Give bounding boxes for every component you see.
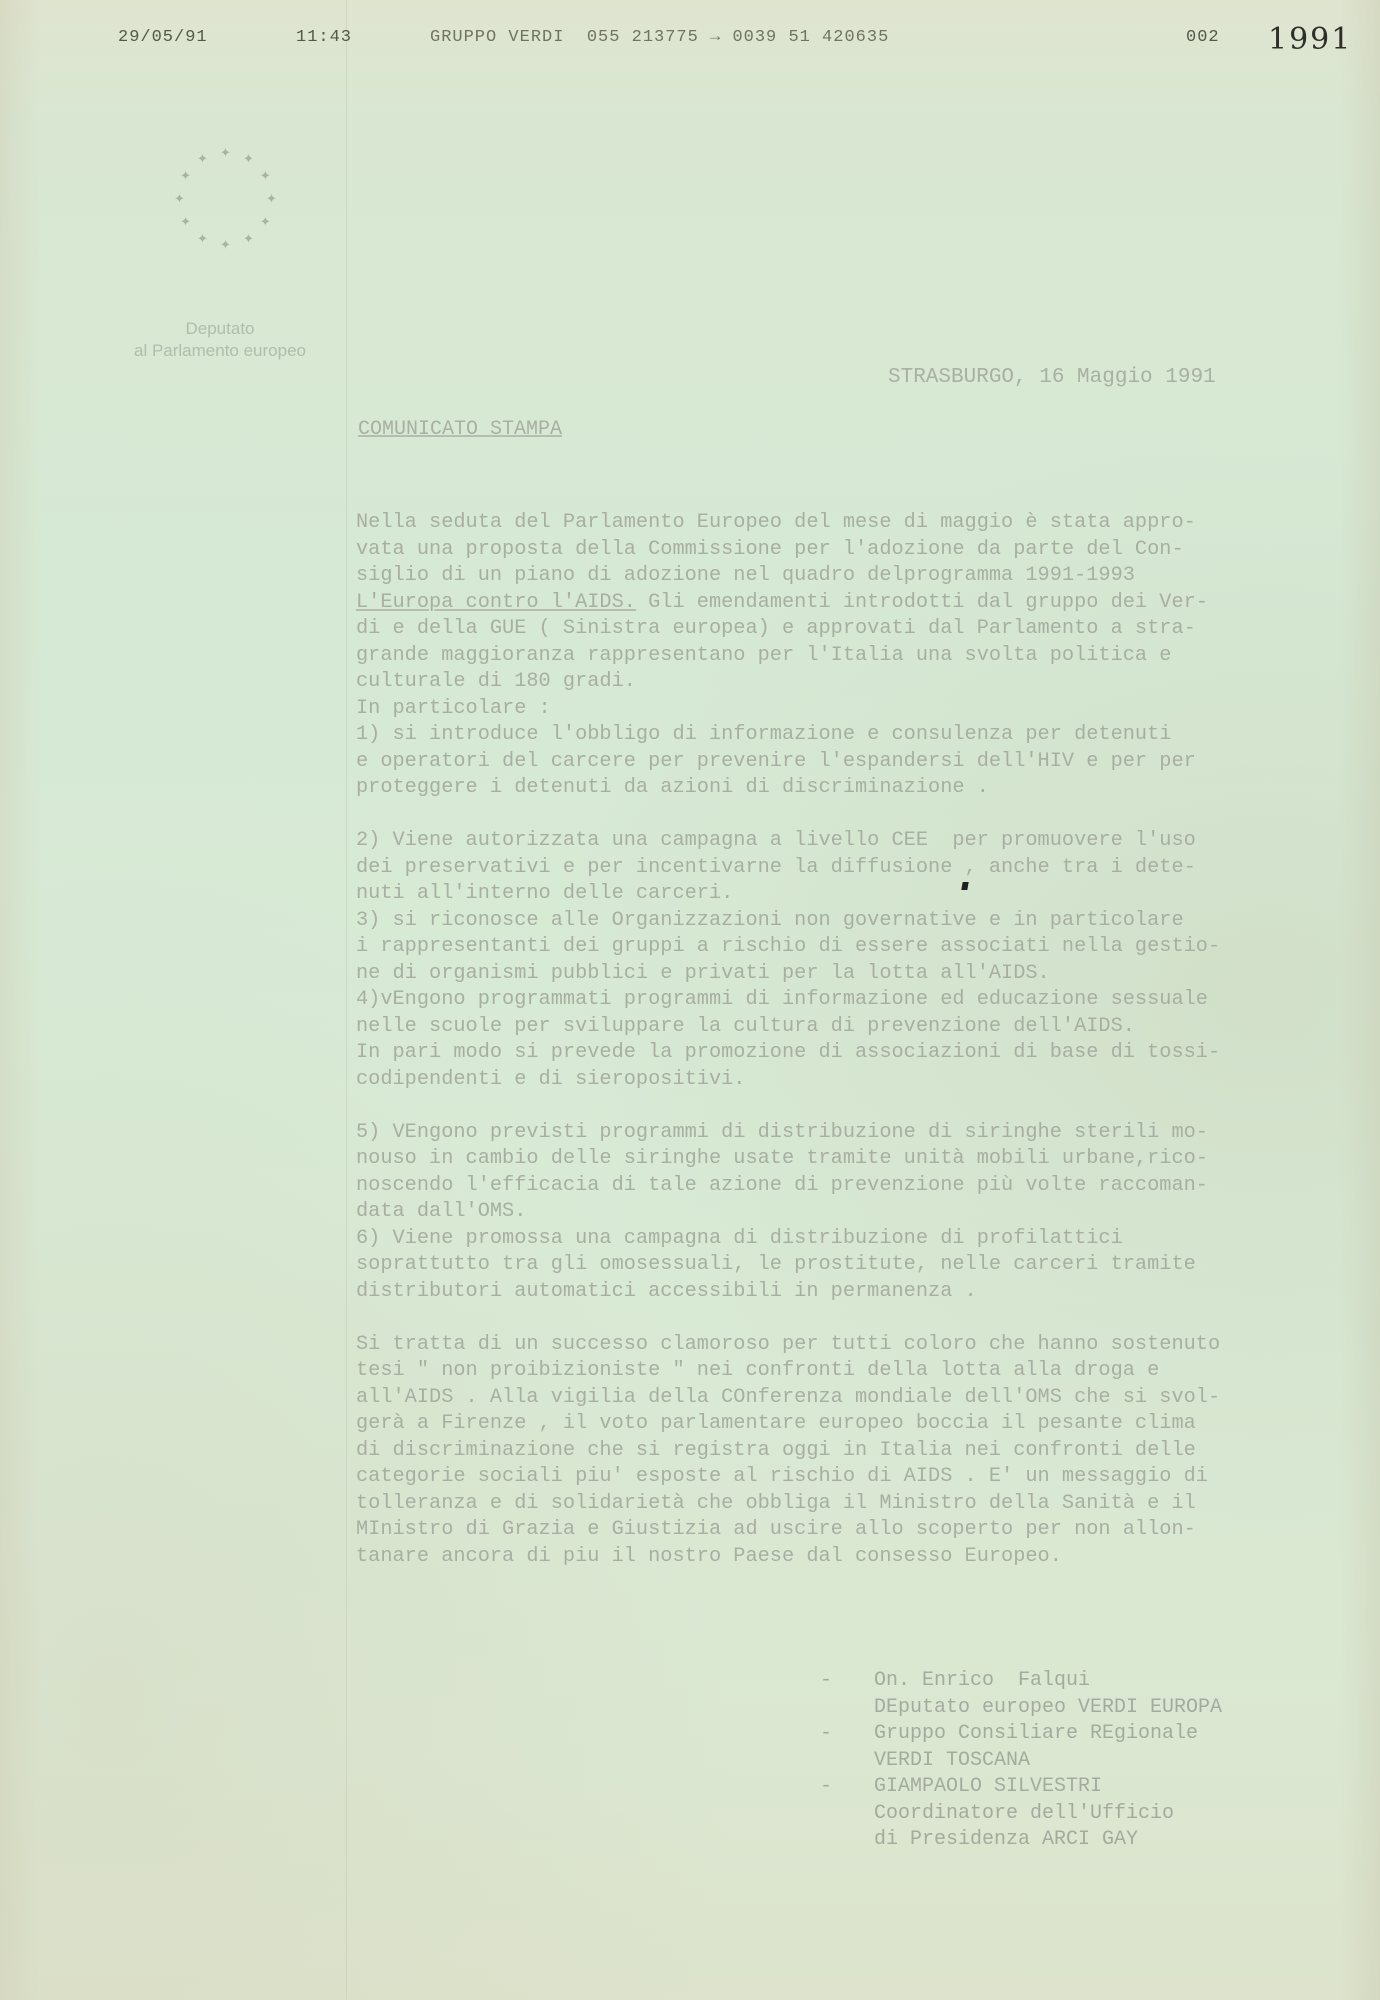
paper-fold-line — [346, 0, 347, 2000]
fax-transmission-header: 29/05/91 11:43 GRUPPO VERDI 055 213775 →… — [0, 28, 1380, 58]
signature-line: Coordinatore dell'Ufficio — [820, 1801, 1222, 1828]
star-icon: ✦ — [180, 169, 191, 184]
signature-line: -GIAMPAOLO SILVESTRI — [820, 1774, 1222, 1801]
point-line: 1) si introduce l'obbligo di informazion… — [356, 722, 1356, 749]
star-icon: ✦ — [197, 232, 208, 247]
point-line: nouso in cambio delle siringhe usate tra… — [356, 1146, 1356, 1173]
closing-line: categorie sociali piu' esposte al rischi… — [356, 1464, 1356, 1491]
point-line: 2) Viene autorizzata una campagna a live… — [356, 828, 1356, 855]
signature-line: DEputato europeo VERDI EUROPA — [820, 1695, 1222, 1722]
point-line: 3) si riconosce alle Organizzazioni non … — [356, 908, 1356, 935]
signatures-block: -On. Enrico FalquiDEputato europeo VERDI… — [820, 1668, 1222, 1854]
paragraph-gap — [356, 1305, 1356, 1332]
dash-bullet: - — [820, 1668, 832, 1695]
paragraph-gap — [356, 802, 1356, 829]
point-line: nelle scuole per sviluppare la cultura d… — [356, 1014, 1356, 1041]
star-icon: ✦ — [197, 152, 208, 167]
point-line: In pari modo si prevede la promozione di… — [356, 1040, 1356, 1067]
point-line: noscendo l'efficacia di tale azione di p… — [356, 1173, 1356, 1200]
paragraph-gap — [356, 1093, 1356, 1120]
fax-time: 11:43 — [296, 28, 352, 47]
point-line: nuti all'interno delle carceri. — [356, 881, 1356, 908]
intro-line: di e della GUE ( Sinistra europea) e app… — [356, 616, 1356, 643]
closing-line: gerà a Firenze , il voto parlamentare eu… — [356, 1411, 1356, 1438]
closing-line: MInistro di Grazia e Giustizia ad uscire… — [356, 1517, 1356, 1544]
star-icon: ✦ — [220, 238, 231, 253]
handwritten-year: 1991 — [1268, 22, 1352, 57]
closing-line: Si tratta di un successo clamoroso per t… — [356, 1332, 1356, 1359]
closing-line: tanare ancora di piu il nostro Paese dal… — [356, 1544, 1356, 1571]
point-line: proteggere i detenuti da azioni di discr… — [356, 775, 1356, 802]
fax-date: 29/05/91 — [118, 28, 208, 47]
point-line: distributori automatici accessibili in p… — [356, 1279, 1356, 1306]
star-icon: ✦ — [243, 152, 254, 167]
letterhead: Deputato al Parlamento europeo — [60, 318, 380, 362]
closing-line: tesi " non proibizioniste " nei confront… — [356, 1358, 1356, 1385]
letterhead-line2: al Parlamento europeo — [60, 340, 380, 362]
star-icon: ✦ — [266, 192, 277, 207]
place-and-date: STRASBURGO, 16 Maggio 1991 — [888, 366, 1216, 389]
intro-line: culturale di 180 gradi. — [356, 669, 1356, 696]
document-title: COMUNICATO STAMPA — [358, 418, 562, 441]
intro-line: Nella seduta del Parlamento Europeo del … — [356, 510, 1356, 537]
signature-line: VERDI TOSCANA — [820, 1748, 1222, 1775]
intro-line: grande maggioranza rappresentano per l'I… — [356, 643, 1356, 670]
signature-line: -Gruppo Consiliare REgionale — [820, 1721, 1222, 1748]
point-line: 5) VEngono previsti programmi di distrib… — [356, 1120, 1356, 1147]
intro-line: siglio di un piano di adozione nel quadr… — [356, 563, 1356, 590]
star-icon: ✦ — [174, 192, 185, 207]
star-icon: ✦ — [260, 215, 271, 230]
intro-line: vata una proposta della Commissione per … — [356, 537, 1356, 564]
point-line: data dall'OMS. — [356, 1199, 1356, 1226]
intro-line: In particolare : — [356, 696, 1356, 723]
intro-line: L'Europa contro l'AIDS. Gli emendamenti … — [356, 590, 1356, 617]
signature-line: -On. Enrico Falqui — [820, 1668, 1222, 1695]
point-line: codipendenti e di sieropositivi. — [356, 1067, 1356, 1094]
fax-page-number: 002 — [1186, 28, 1220, 47]
closing-line: tolleranza e di solidarietà che obbliga … — [356, 1491, 1356, 1518]
point-line: dei preservativi e per incentivarne la d… — [356, 855, 1356, 882]
point-line: i rappresentanti dei gruppi a rischio di… — [356, 934, 1356, 961]
closing-line: di discriminazione che si registra oggi … — [356, 1438, 1356, 1465]
point-line: soprattutto tra gli omosessuali, le pros… — [356, 1252, 1356, 1279]
signature-line: di Presidenza ARCI GAY — [820, 1827, 1222, 1854]
closing-line: all'AIDS . Alla vigilia della COnferenza… — [356, 1385, 1356, 1412]
dash-bullet: - — [820, 1721, 832, 1748]
point-line: 4)vEngono programmati programmi di infor… — [356, 987, 1356, 1014]
dash-bullet: - — [820, 1774, 832, 1801]
fax-sender: GRUPPO VERDI 055 213775 → 0039 51 420635 — [430, 28, 889, 47]
point-line: e operatori del carcere per prevenire l'… — [356, 749, 1356, 776]
press-release-body: Nella seduta del Parlamento Europeo del … — [356, 510, 1356, 1570]
point-line: 6) Viene promossa una campagna di distri… — [356, 1226, 1356, 1253]
star-icon: ✦ — [243, 232, 254, 247]
eu-stars-circle-icon: ✦✦✦✦✦✦✦✦✦✦✦✦ — [168, 140, 288, 260]
point-line: ne di organismi pubblici e privati per l… — [356, 961, 1356, 988]
star-icon: ✦ — [260, 169, 271, 184]
letterhead-line1: Deputato — [60, 318, 380, 340]
star-icon: ✦ — [180, 215, 191, 230]
star-icon: ✦ — [220, 146, 231, 161]
